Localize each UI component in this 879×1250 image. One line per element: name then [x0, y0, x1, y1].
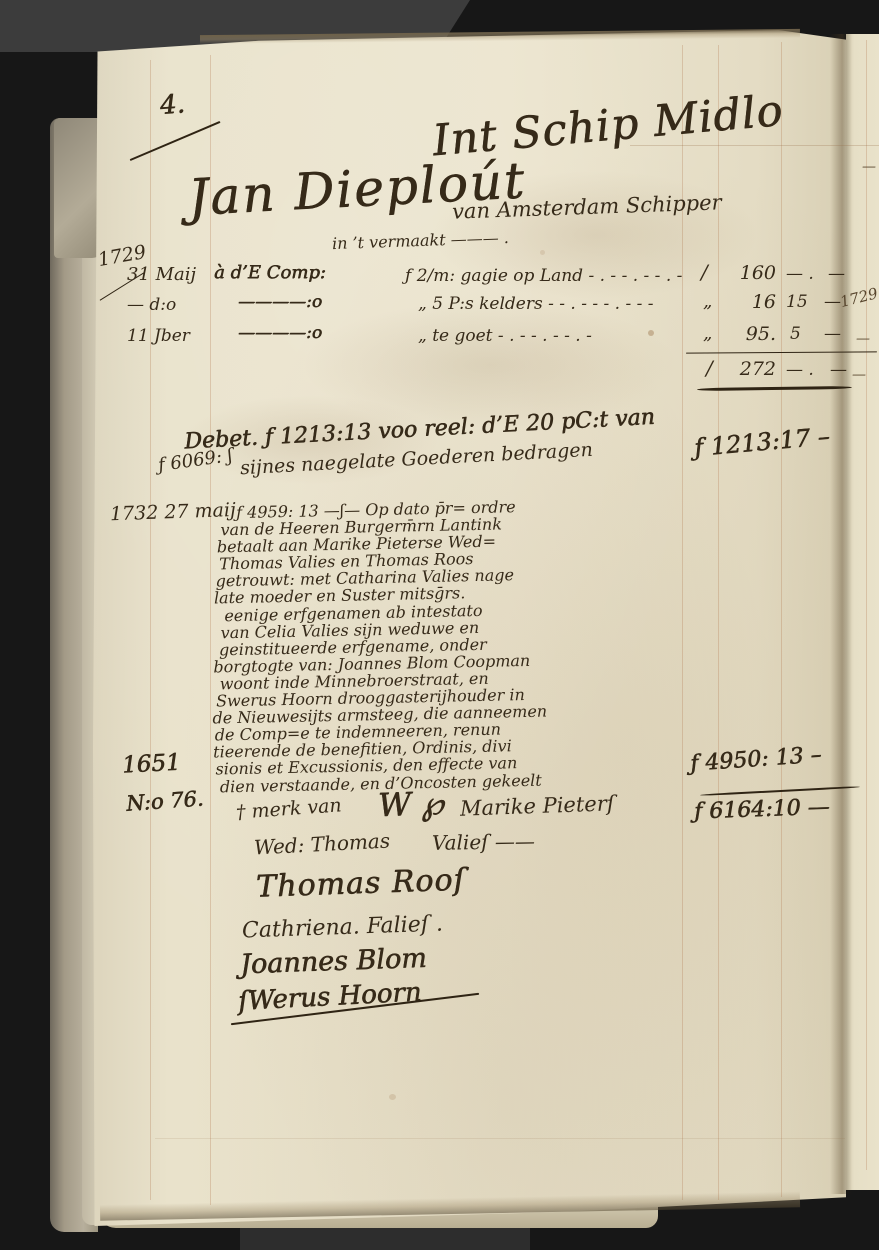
entry-slash: „	[703, 293, 712, 312]
widow-mark-line2b: Valieſ ——	[432, 831, 535, 854]
entry-date: 31 Maij	[127, 266, 196, 285]
entry-1732-margin-number: 1651	[121, 750, 181, 777]
facing-page-dash: —	[856, 332, 870, 347]
entry-stuivers: 5	[790, 326, 801, 344]
margin-ruled-line-1	[150, 60, 151, 1200]
entry-1732-paragraph: ƒ 4959: 13 —ʃ— Op dato p̄r= ordre van de…	[214, 498, 549, 795]
scan-cradle	[240, 1226, 530, 1250]
widow-mark-name: Marike Pieterſ	[460, 792, 615, 819]
entry-slash: „	[703, 325, 712, 344]
widow-mark-letters: W ℘	[377, 787, 444, 823]
entry-ref: ————:o	[238, 325, 322, 343]
facing-page-dash: —	[862, 160, 876, 175]
entry-date: — d:o	[127, 297, 176, 315]
total-guilders: 272	[730, 360, 776, 380]
entry-date: 11 Jber	[127, 328, 190, 346]
entry-guilders: 160	[730, 264, 776, 284]
total-stuivers: — .	[786, 362, 814, 380]
entry-penningen: —	[824, 326, 841, 344]
margin-ruled-line-2	[210, 55, 211, 1205]
entry-guilders: 16	[730, 293, 776, 313]
entry-penningen: —	[828, 266, 845, 284]
entry-slash: /	[701, 262, 708, 283]
entry-description: „ 5 P:s kelders - - . - - - . - - -	[418, 296, 654, 314]
entry-ref: à d’E Comp:	[214, 264, 326, 283]
facing-page-ruled-line	[866, 40, 867, 1170]
facing-page-dash: —	[852, 368, 866, 383]
foxing-spot-1	[648, 330, 654, 336]
entry-1732-margin-folio: N:o 76.	[125, 787, 204, 814]
faint-horizontal-guideline-2	[155, 1138, 845, 1139]
foxing-spot-3	[540, 250, 545, 255]
total-slash: /	[706, 358, 713, 379]
total-penningen: —	[830, 362, 847, 380]
entry-description: „ te goet - . - - . - - . -	[418, 328, 592, 346]
signature-joannes-blom: Joannes Blom	[240, 945, 428, 980]
gutter-fold-shadow	[830, 34, 852, 1194]
entry-ref: ————:o	[238, 294, 322, 312]
manuscript-scan: { "document": { "type": "handwritten led…	[0, 0, 879, 1250]
folio-number: 4.	[159, 91, 186, 120]
entry-stuivers: 15	[786, 294, 808, 312]
entry-description: ƒ 2/m: gagie op Land - . - - . - - . -	[405, 268, 682, 286]
entry-stuivers: — .	[786, 266, 814, 284]
entry-guilders: 95.	[730, 325, 776, 345]
money-column-line-3	[781, 42, 782, 1197]
signature-thomas-roos: Thomas Rooſ	[256, 864, 466, 903]
entry-1732-amount-2: ƒ 6164:10 —	[694, 796, 830, 824]
foxing-spot-2	[389, 1094, 396, 1100]
